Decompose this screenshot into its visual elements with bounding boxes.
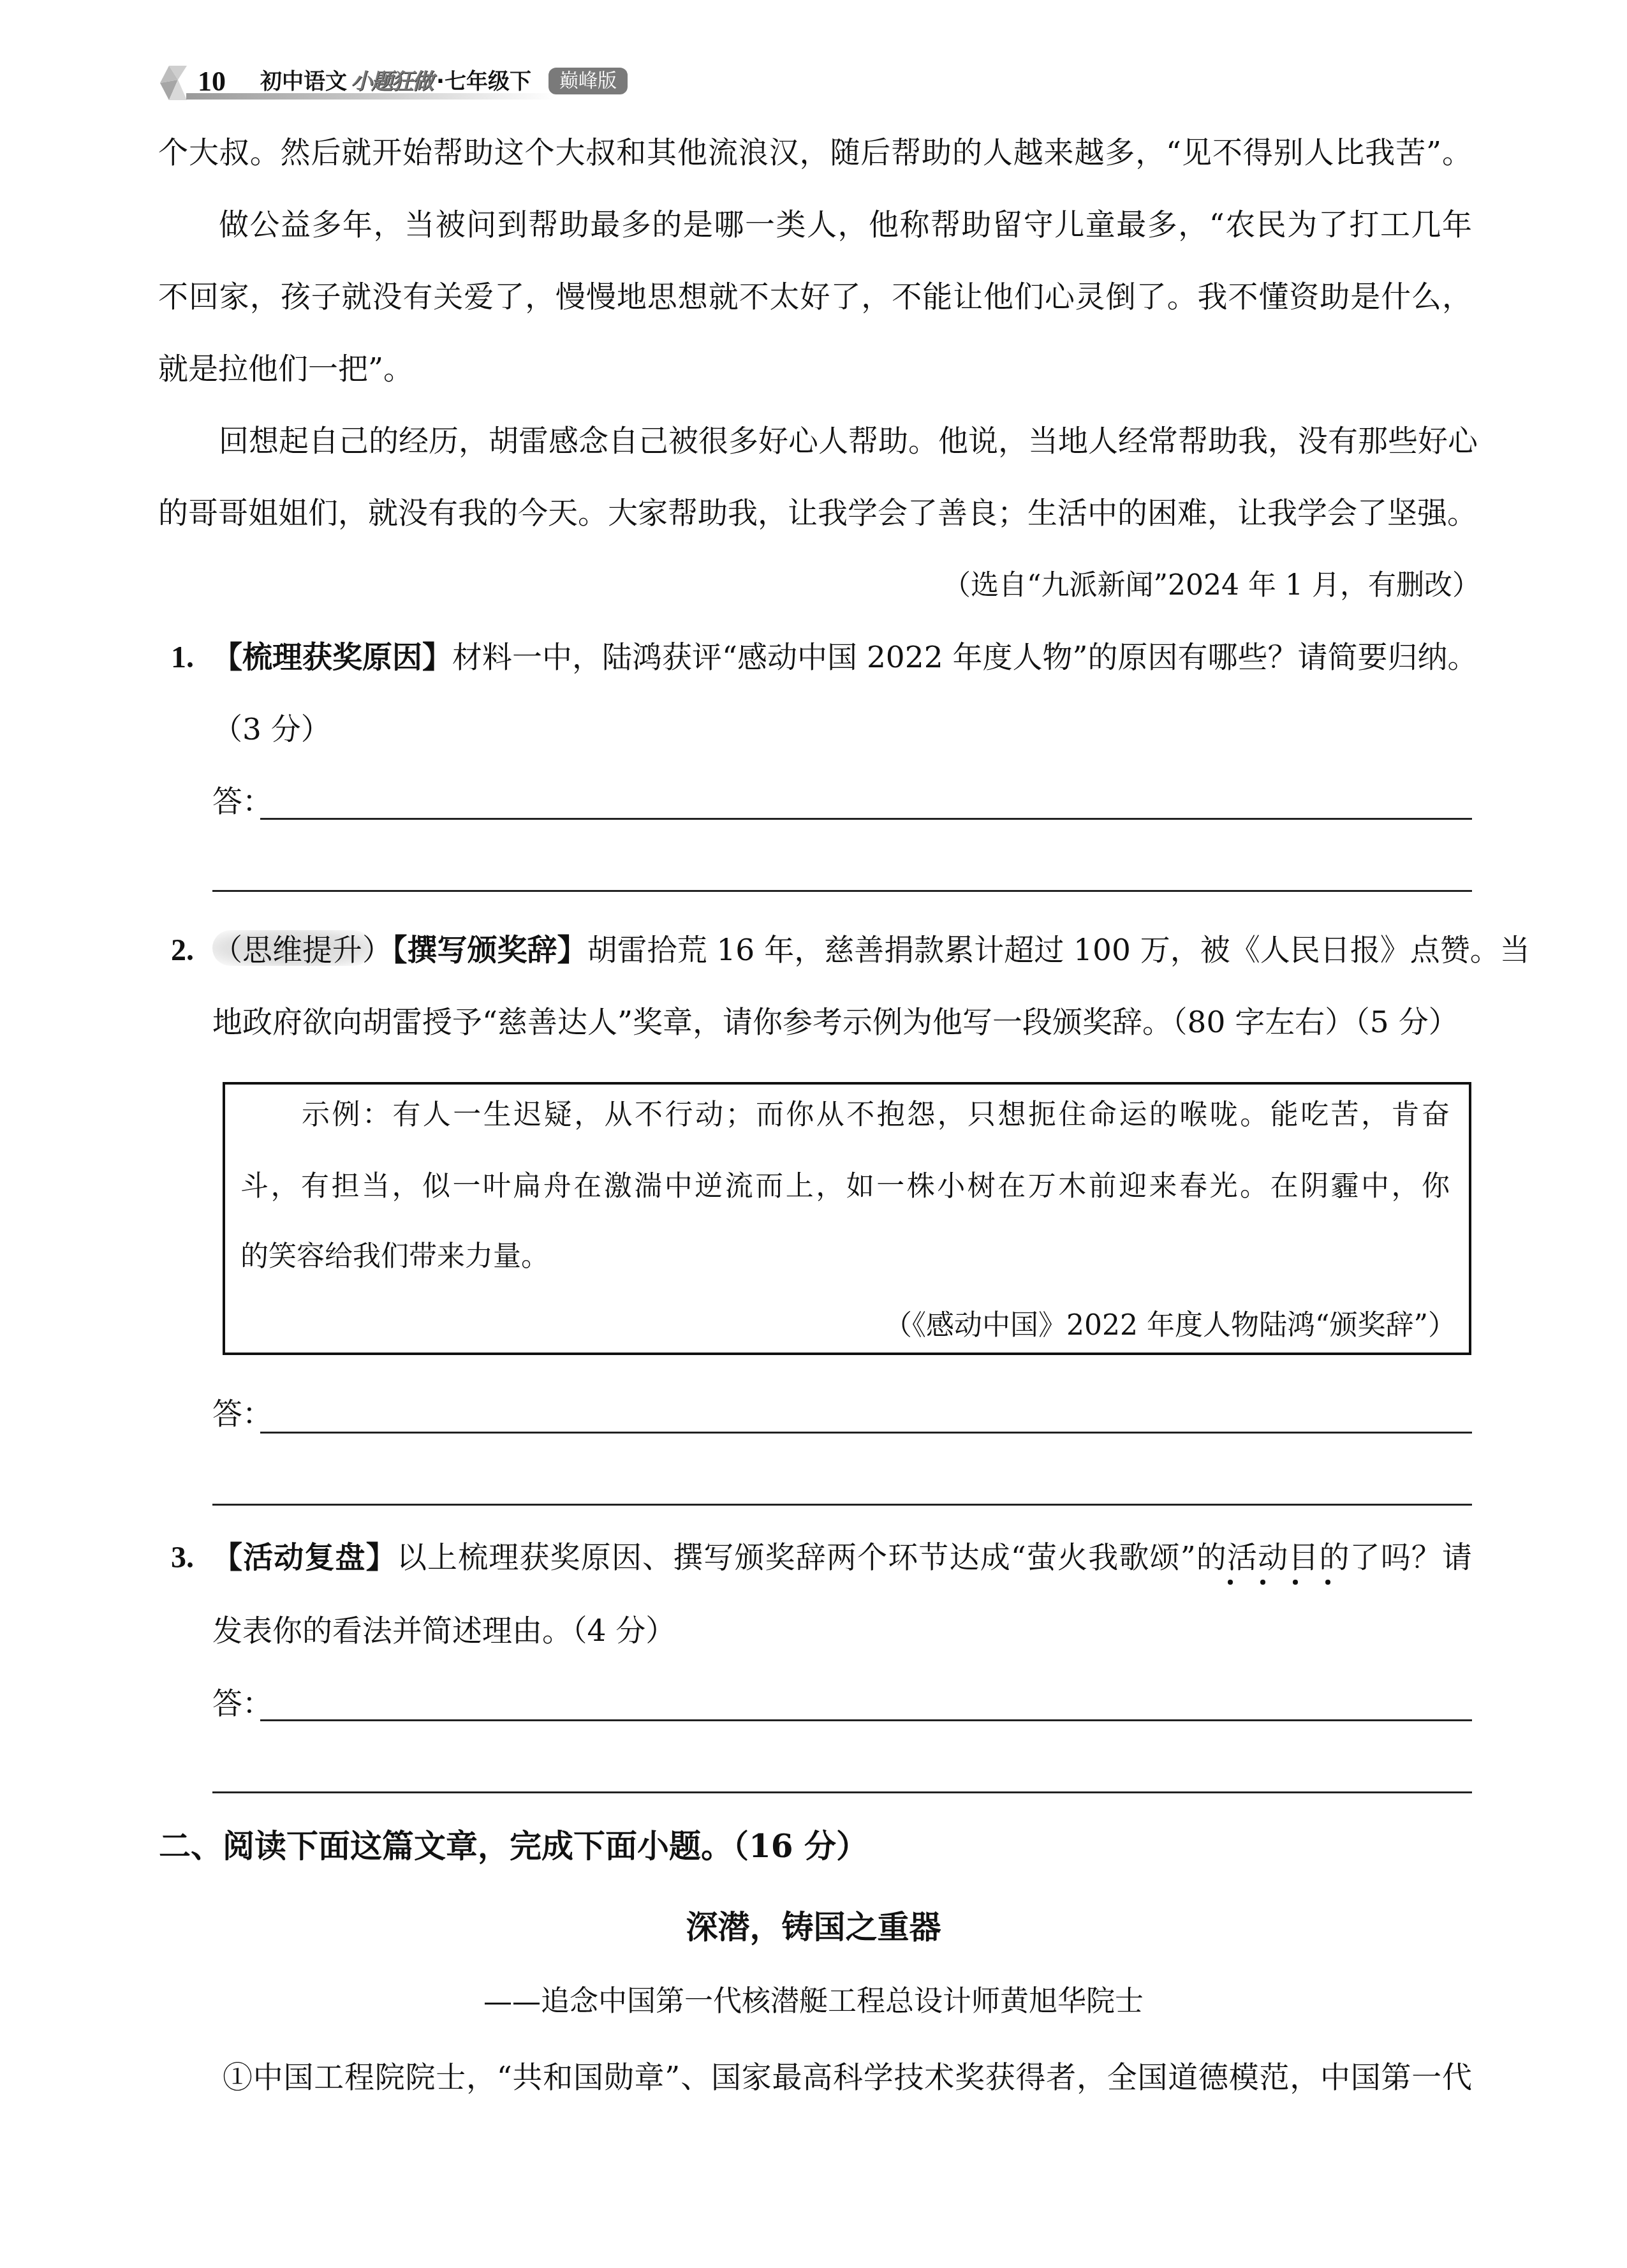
question-text: 以上梳理获奖原因、撰写颁奖辞两个环节达成“萤火我歌颂”的活动目的了吗？请 bbox=[397, 1540, 1472, 1575]
series-logo: 小题狂做 bbox=[351, 68, 432, 96]
emphasis-dot bbox=[1325, 1580, 1330, 1585]
title-separator: · bbox=[436, 69, 445, 94]
material-source: （选自“九派新闻”2024 年 1 月，有删改） bbox=[943, 567, 1480, 605]
question-number: 1. bbox=[171, 639, 194, 677]
question-score: （3 分） bbox=[212, 711, 331, 749]
question-tag: 【活动复盘】 bbox=[212, 1540, 397, 1575]
answer-label: 答： bbox=[212, 783, 272, 821]
book-title: 初中语文小题狂做·七年级下 bbox=[260, 68, 531, 96]
question-number: 2. bbox=[171, 931, 194, 970]
answer-line[interactable] bbox=[260, 1432, 1472, 1434]
material-line: 做公益多年，当被问到帮助最多的是哪一类人，他称帮助留守儿童最多，“农民为了打工几… bbox=[219, 206, 1472, 244]
question-text-2: 发表你的看法并简述理由。（4 分） bbox=[212, 1612, 675, 1650]
material-line: 不回家，孩子就没有关爱了，慢慢地思想就不太好了，不能让他们心灵倒了。我不懂资助是… bbox=[158, 278, 1472, 316]
book-subject: 初中语文 bbox=[260, 69, 347, 94]
emphasis-dot bbox=[1260, 1580, 1265, 1585]
article-paragraph-line: ①中国工程院院士，“共和国勋章”、国家最高科学技术奖获得者，全国道德模范，中国第… bbox=[223, 2059, 1472, 2097]
question-prompt: 【活动复盘】以上梳理获奖原因、撰写颁奖辞两个环节达成“萤火我歌颂”的活动目的了吗… bbox=[212, 1539, 1472, 1577]
question-text: 胡雷拾荒 16 年，慈善捐款累计超过 100 万，被《人民日报》点赞。当 bbox=[587, 933, 1530, 968]
article-subtitle: ——追念中国第一代核潜艇工程总设计师黄旭华院士 bbox=[0, 1982, 1627, 2020]
emphasis-dot bbox=[1293, 1580, 1298, 1585]
question-text-2: 地政府欲向胡雷授予“慈善达人”奖章，请你参考示例为他写一段颁奖辞。（80 字左右… bbox=[212, 1004, 1459, 1042]
example-line: 的笑容给我们带来力量。 bbox=[240, 1239, 549, 1275]
article-title: 深潜，铸国之重器 bbox=[0, 1908, 1627, 1946]
thinking-tag: （思维提升） bbox=[212, 933, 392, 968]
material-line: 回想起自己的经历，胡雷感念自己被很多好心人帮助。他说，当地人经常帮助我，没有那些… bbox=[219, 422, 1472, 461]
question-prompt: （思维提升）【撰写颁奖辞】胡雷拾荒 16 年，慈善捐款累计超过 100 万，被《… bbox=[212, 931, 1472, 970]
example-line: 示例：有人一生迟疑，从不行动；而你从不抱怨，只想扼住命运的喉咙。能吃苦，肯奋 bbox=[302, 1097, 1450, 1133]
answer-line[interactable] bbox=[212, 1791, 1472, 1793]
answer-label: 答： bbox=[212, 1685, 272, 1723]
question-prompt: 【梳理获奖原因】材料一中，陆鸿获评“感动中国 2022 年度人物”的原因有哪些？… bbox=[212, 639, 1472, 677]
answer-line[interactable] bbox=[212, 890, 1472, 892]
page-number: 10 bbox=[198, 66, 226, 97]
question-tag: 【撰写颁奖辞】 bbox=[392, 933, 587, 968]
section-heading: 二、阅读下面这篇文章，完成下面小题。（16 分） bbox=[159, 1827, 868, 1865]
emphasis-dot bbox=[1228, 1580, 1233, 1585]
answer-line[interactable] bbox=[260, 818, 1472, 820]
material-line: 就是拉他们一把”。 bbox=[158, 350, 413, 389]
example-line: 斗，有担当，似一叶扁舟在激湍中逆流而上，如一株小树在万木前迎来春光。在阴霾中，你 bbox=[240, 1169, 1450, 1204]
question-tag: 【梳理获奖原因】 bbox=[212, 640, 452, 675]
answer-line[interactable] bbox=[212, 1504, 1472, 1506]
question-text: 材料一中，陆鸿获评“感动中国 2022 年度人物”的原因有哪些？请简要归纳。 bbox=[452, 640, 1478, 675]
grade-label: 七年级下 bbox=[445, 69, 531, 94]
material-line: 的哥哥姐姐们，就没有我的今天。大家帮助我，让我学会了善良；生活中的困难，让我学会… bbox=[158, 494, 1472, 533]
answer-label: 答： bbox=[212, 1395, 272, 1434]
question-number: 3. bbox=[171, 1539, 194, 1577]
answer-line[interactable] bbox=[260, 1719, 1472, 1721]
example-source: （《感动中国》2022 年度人物陆鸿“颁奖辞”） bbox=[884, 1308, 1456, 1344]
triangle-logo-icon bbox=[155, 66, 187, 100]
edition-badge: 巅峰版 bbox=[548, 68, 628, 94]
material-line: 个大叔。然后就开始帮助这个大叔和其他流浪汉，随后帮助的人越来越多，“见不得别人比… bbox=[158, 134, 1472, 172]
